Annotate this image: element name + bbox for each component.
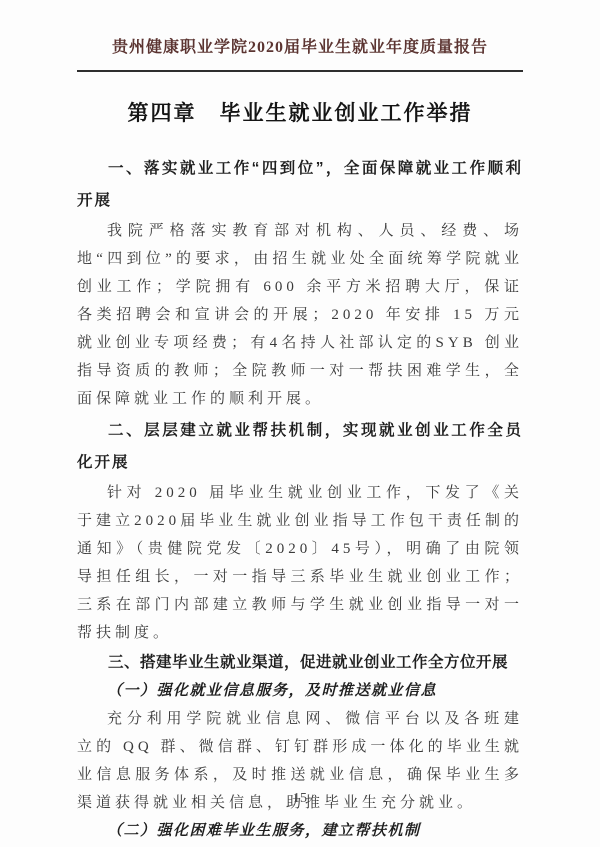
section-1-paragraph: 我院严格落实教育部对机构、人员、经费、场地“四到位”的要求，由招生就业处全面统筹… bbox=[77, 217, 523, 413]
section-1-heading: 一、落实就业工作“四到位”，全面保障就业工作顺利开展 bbox=[77, 153, 523, 217]
section-2-paragraph: 针对 2020 届毕业生就业创业工作，下发了《关于建立2020届毕业生就业创业指… bbox=[77, 479, 523, 647]
subsection-1-heading: （一）强化就业信息服务，及时推送就业信息 bbox=[77, 677, 523, 705]
running-header: 贵州健康职业学院2020届毕业生就业年度质量报告 bbox=[77, 36, 523, 60]
section-2-heading: 二、层层建立就业帮扶机制，实现就业创业工作全员化开展 bbox=[77, 415, 523, 479]
chapter-title: 第四章 毕业生就业创业工作举措 bbox=[77, 98, 523, 129]
subsection-2-heading: （二）强化困难毕业生服务，建立帮扶机制 bbox=[77, 817, 523, 845]
document-page: 贵州健康职业学院2020届毕业生就业年度质量报告 第四章 毕业生就业创业工作举措… bbox=[0, 0, 600, 847]
header-rule bbox=[77, 70, 523, 72]
page-number: 15 bbox=[0, 791, 600, 807]
section-3-heading: 三、搭建毕业生就业渠道，促进就业创业工作全方位开展 bbox=[77, 649, 523, 677]
